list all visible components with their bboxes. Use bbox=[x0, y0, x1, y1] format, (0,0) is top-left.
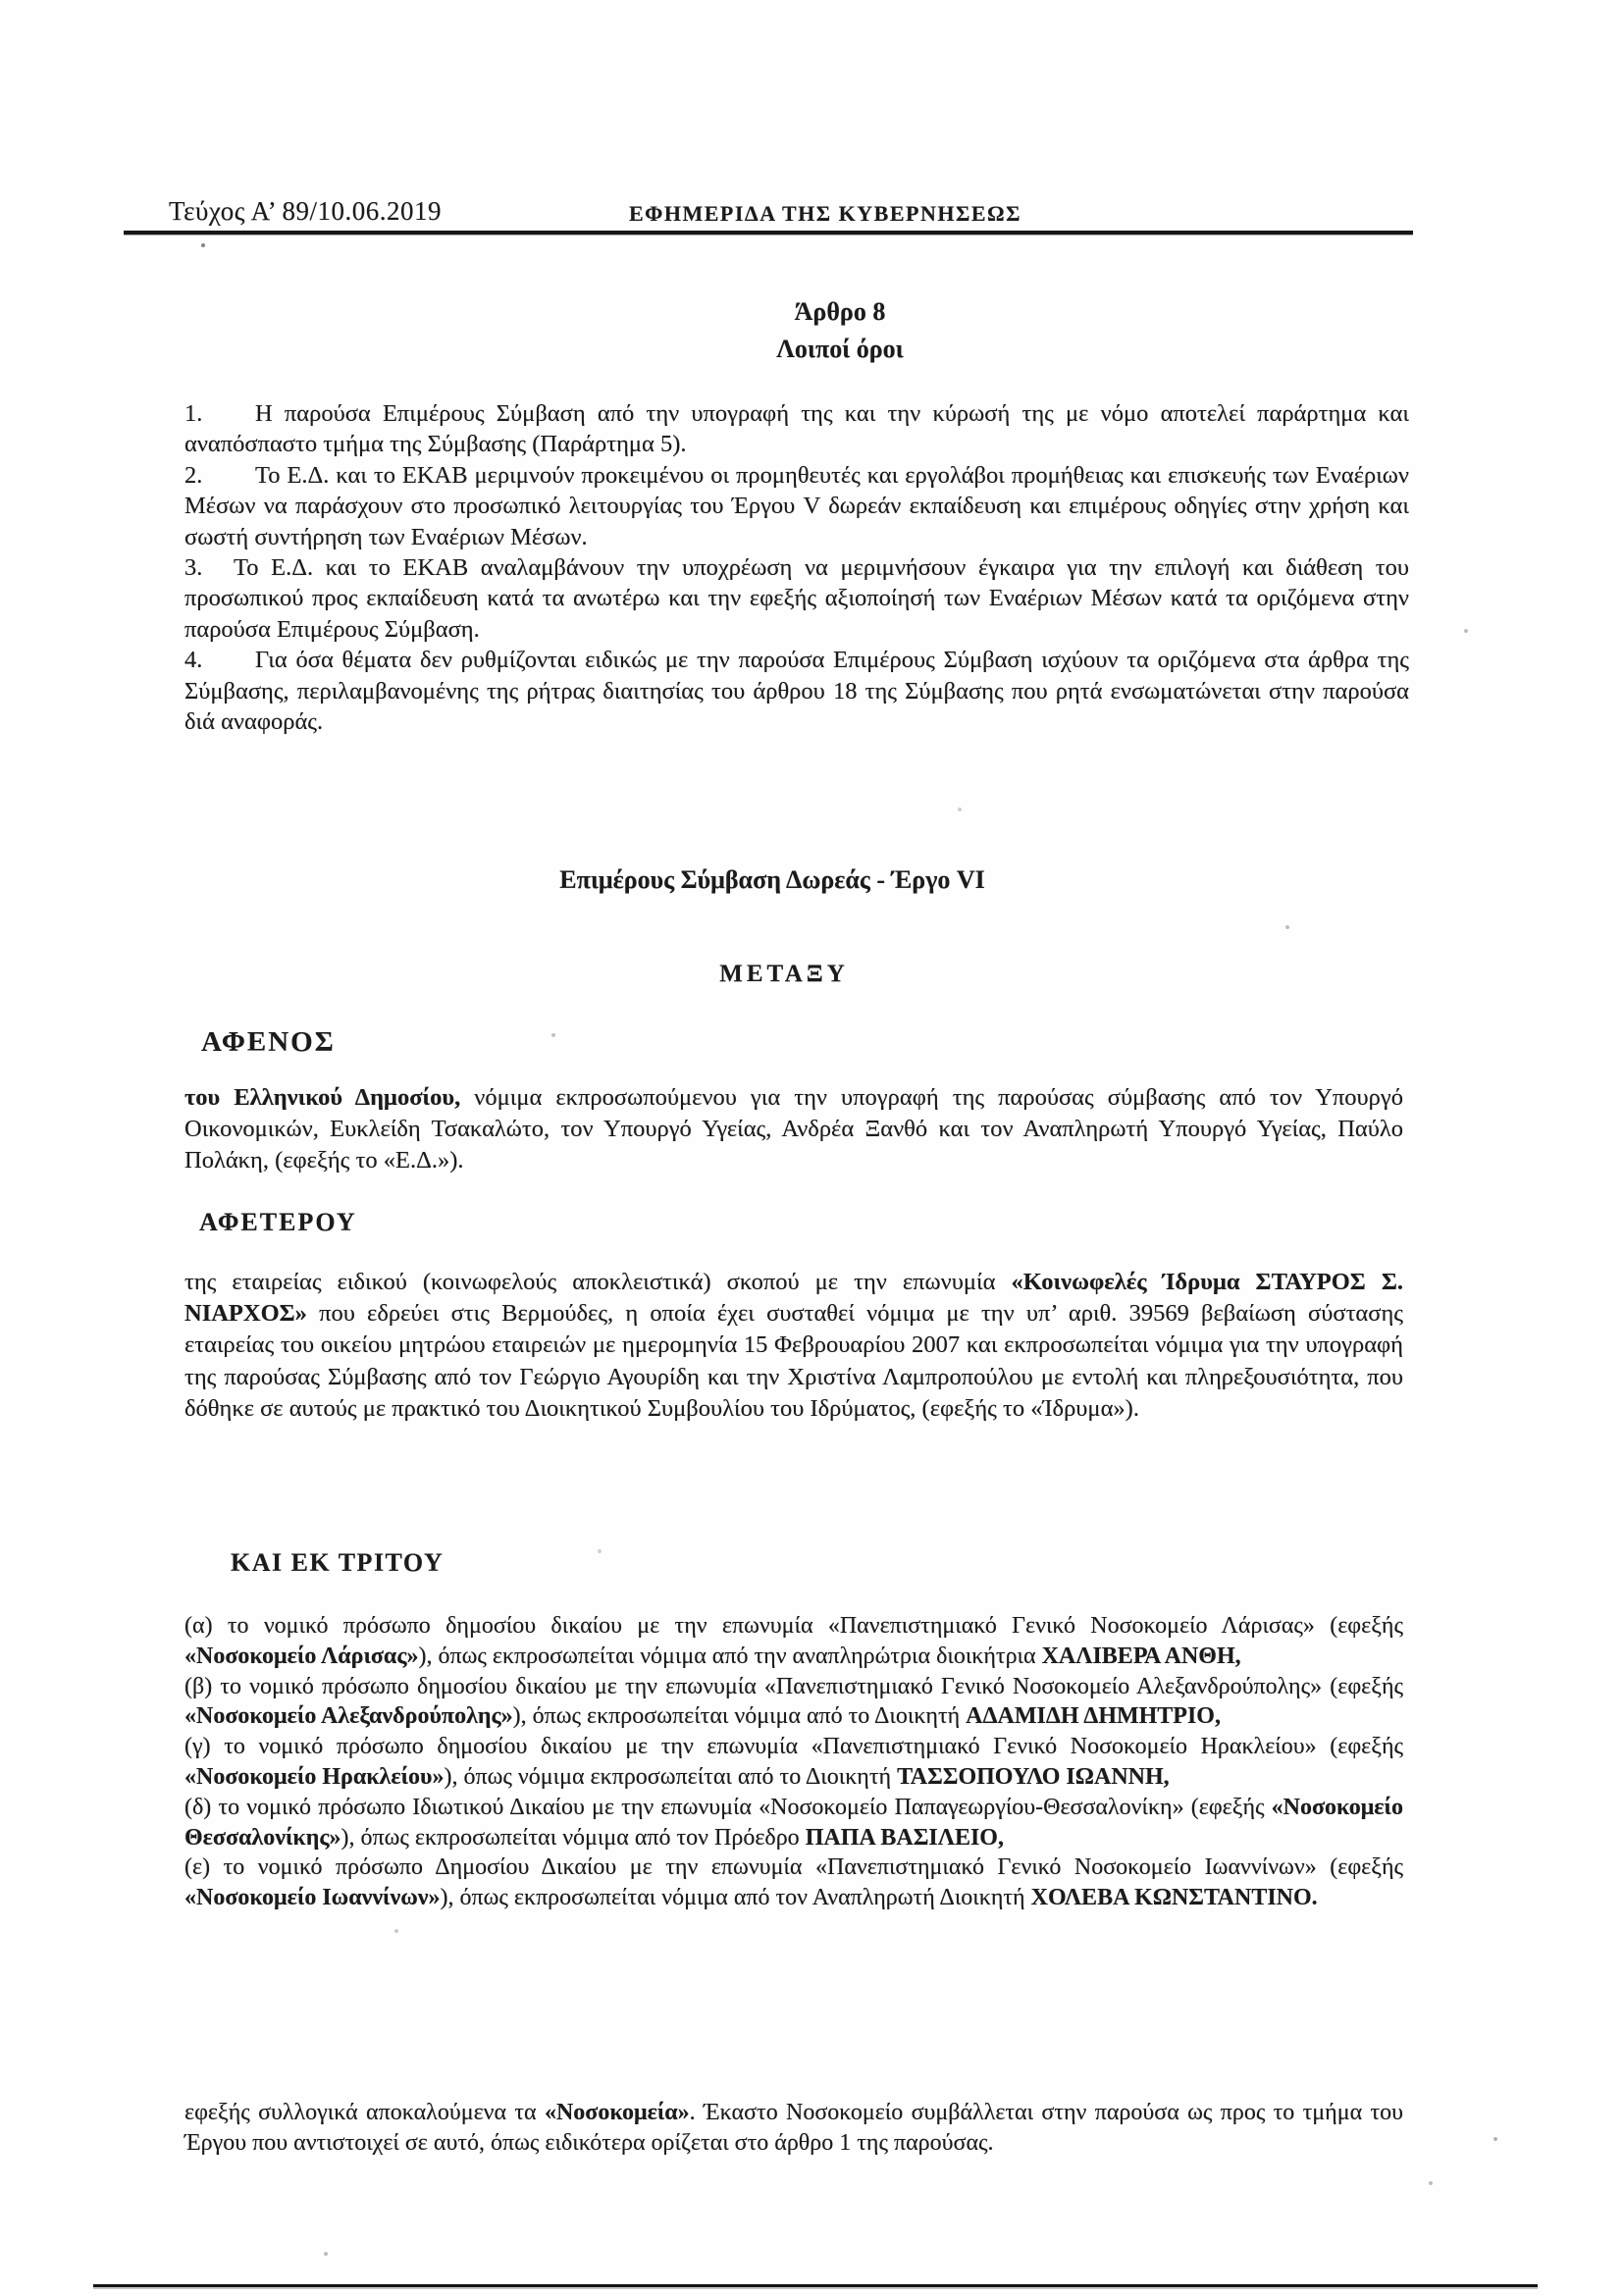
hospital-c-shortname: «Νοσοκομείο Ηρακλείου» bbox=[184, 1764, 445, 1790]
hospital-d-representative: ΠΑΠΑ ΒΑΣΙΛΕΙΟ, bbox=[806, 1825, 1004, 1851]
hospital-c-representative: ΤΑΣΣΟΠΟΥΛΟ ΙΩΑΝΝΗ, bbox=[897, 1764, 1170, 1790]
hospital-item-d: (δ) το νομικό πρόσωπο Ιδιωτικού Δικαίου … bbox=[184, 1793, 1403, 1853]
hospital-c-seg0: (γ) το νομικό πρόσωπο δημοσίου δικαίου μ… bbox=[184, 1734, 1403, 1759]
clause-4-text: Για όσα θέματα δεν ρυθμίζονται ειδικώς μ… bbox=[184, 647, 1409, 735]
clause-3-text: Το Ε.Δ. και το ΕΚΑΒ αναλαμβάνουν την υπο… bbox=[184, 554, 1409, 643]
header-rule bbox=[124, 231, 1413, 235]
article-number: Άρθρο 8 bbox=[28, 297, 1623, 327]
hospital-item-b: (β) το νομικό πρόσωπο δημοσίου δικαίου μ… bbox=[184, 1672, 1403, 1733]
party-first-text: του Ελληνικού Δημοσίου, νόμιμα εκπροσωπο… bbox=[184, 1082, 1403, 1177]
party-second-seg2: που εδρεύει στις Βερμούδες, η οποία έχει… bbox=[184, 1300, 1403, 1422]
scan-speckles bbox=[0, 0, 2, 2]
closing-paragraph: εφεξής συλλογικά αποκαλούμενα τα «Νοσοκο… bbox=[184, 2098, 1403, 2159]
hospital-e-representative: ΧΟΛΕΒΑ ΚΩΝΣΤΑΝΤΙΝΟ. bbox=[1031, 1885, 1318, 1910]
hospital-a-seg2: ), όπως εκπροσωπείται νόμιμα από την ανα… bbox=[418, 1644, 1041, 1669]
clause-2-text: Το Ε.Δ. και το ΕΚΑΒ μεριμνούν προκειμένο… bbox=[184, 462, 1409, 550]
clause-4-number: 4. bbox=[184, 645, 255, 675]
subcontract-title: Επιμέρους Σύμβαση Δωρεάς - Έργο VI bbox=[0, 865, 1584, 895]
clause-3-number: 3. bbox=[184, 552, 234, 583]
party-second-heading: ΑΦΕΤΕΡΟΥ bbox=[199, 1208, 357, 1237]
hospital-a-representative: ΧΑΛΙΒΕΡΑ ΑΝΘΗ, bbox=[1042, 1644, 1241, 1669]
hospital-item-c: (γ) το νομικό πρόσωπο δημοσίου δικαίου μ… bbox=[184, 1732, 1403, 1793]
article-title: Λοιποί όροι bbox=[28, 335, 1623, 364]
hospital-a-seg0: (α) το νομικό πρόσωπο δημοσίου δικαίου μ… bbox=[184, 1613, 1403, 1639]
clause-2: 2.Το Ε.Δ. και το ΕΚΑΒ μεριμνούν προκειμέ… bbox=[184, 460, 1409, 552]
clause-1: 1.Η παρούσα Επιμέρους Σύμβαση από την υπ… bbox=[184, 398, 1409, 460]
clause-4: 4.Για όσα θέματα δεν ρυθμίζονται ειδικώς… bbox=[184, 645, 1409, 737]
hospital-b-representative: ΑΔΑΜΙΔΗ ΔΗΜΗΤΡΙΟ, bbox=[966, 1703, 1221, 1729]
hospital-item-a: (α) το νομικό πρόσωπο δημοσίου δικαίου μ… bbox=[184, 1611, 1403, 1672]
party-second-seg0: της εταιρείας ειδικού (κοινωφελούς αποκλ… bbox=[184, 1269, 1011, 1295]
clause-3: 3.Το Ε.Δ. και το ΕΚΑΒ αναλαμβάνουν την υ… bbox=[184, 552, 1409, 645]
gazette-page: Τεύχος Α’ 89/10.06.2019 ΕΦΗΜΕΡΙΔΑ ΤΗΣ ΚΥ… bbox=[0, 0, 1623, 2296]
footer-rule bbox=[93, 2284, 1538, 2287]
clause-1-text: Η παρούσα Επιμέρους Σύμβαση από την υπογ… bbox=[184, 400, 1409, 457]
hospital-a-shortname: «Νοσοκομείο Λάρισας» bbox=[184, 1644, 418, 1669]
hospital-b-seg0: (β) το νομικό πρόσωπο δημοσίου δικαίου μ… bbox=[184, 1674, 1403, 1699]
hospital-b-seg2: ), όπως εκπροσωπείται νόμιμα από το Διοι… bbox=[513, 1703, 967, 1729]
hospital-d-seg0: (δ) το νομικό πρόσωπο Ιδιωτικού Δικαίου … bbox=[184, 1795, 1272, 1820]
clause-2-number: 2. bbox=[184, 460, 255, 491]
hospital-list: (α) το νομικό πρόσωπο δημοσίου δικαίου μ… bbox=[184, 1611, 1403, 1913]
hospital-e-shortname: «Νοσοκομείο Ιωαννίνων» bbox=[184, 1885, 440, 1910]
between-label: ΜΕΤΑΞΥ bbox=[0, 961, 1596, 988]
hospital-c-seg2: ), όπως νόμιμα εκπροσωπείται από το Διοι… bbox=[445, 1764, 898, 1790]
hospital-d-seg2: ), όπως εκπροσωπείται νόμιμα από τον Πρό… bbox=[340, 1825, 805, 1851]
article-clauses: 1.Η παρούσα Επιμέρους Σύμβαση από την υπ… bbox=[184, 398, 1409, 737]
party-third-heading: ΚΑΙ ΕΚ ΤΡΙΤΟΥ bbox=[231, 1548, 444, 1578]
party-second-text: της εταιρείας ειδικού (κοινωφελούς αποκλ… bbox=[184, 1267, 1403, 1425]
closing-seg0: εφεξής συλλογικά αποκαλούμενα τα bbox=[184, 2100, 545, 2125]
hospital-e-seg0: (ε) το νομικό πρόσωπο Δημοσίου Δικαίου μ… bbox=[184, 1854, 1403, 1880]
hospitals-collective-name: «Νοσοκομεία» bbox=[545, 2100, 690, 2125]
clause-1-number: 1. bbox=[184, 398, 255, 429]
hospital-item-e: (ε) το νομικό πρόσωπο Δημοσίου Δικαίου μ… bbox=[184, 1852, 1403, 1913]
hospital-e-seg2: ), όπως εκπροσωπείται νόμιμα από τον Ανα… bbox=[440, 1885, 1030, 1910]
party-first-heading: ΑΦΕΝΟΣ bbox=[201, 1026, 336, 1059]
gazette-title: ΕΦΗΜΕΡΙΔΑ ΤΗΣ ΚΥΒΕΡΝΗΣΕΩΣ bbox=[14, 201, 1623, 227]
hospital-b-shortname: «Νοσοκομείο Αλεξανδρούπολης» bbox=[184, 1703, 513, 1729]
party-first-bold: του Ελληνικού Δημοσίου, bbox=[184, 1084, 460, 1111]
